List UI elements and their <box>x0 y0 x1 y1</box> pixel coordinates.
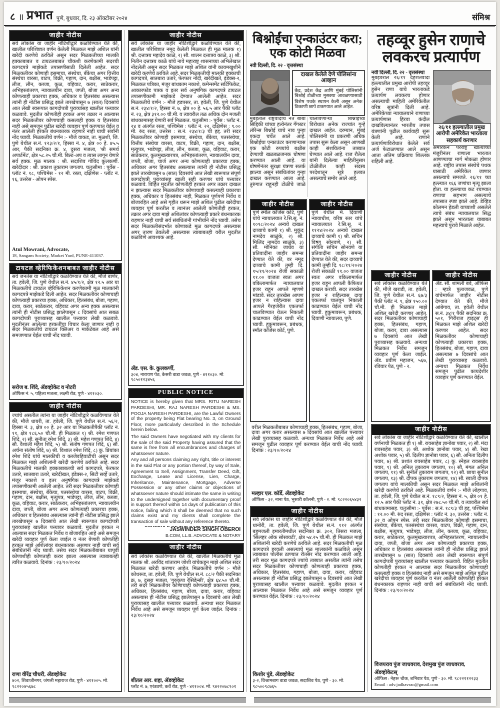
public-notice-paragraph: Any and all persons claiming any right, … <box>131 457 241 524</box>
notice-box-wide: जाहीर नोटीस सर्व लोकांस या जाहीर नोटिशीद… <box>371 424 491 690</box>
rana-photo-image <box>433 70 491 124</box>
notice-header: जाहीर नोटीस <box>129 544 243 554</box>
notice-body: सर्व लोकांस या जाहीर नोटिशीद्वारे कळविण्… <box>372 435 490 659</box>
notice-body: पुणे स्मॉल कॉजेस कोर्ट, पुणे यांचे न्याय… <box>251 210 306 421</box>
article-body-left: मुंबईवरील २६/११ दहशतवादी हल्ल्यातील प्रम… <box>371 76 429 166</box>
notice-box: जाहीर नोटीस पुणे स्मॉल कॉजेस कोर्ट, पुणे… <box>250 199 307 422</box>
column-d: तहव्वूर हुसेन राणाचे लवकरच प्रत्यार्पण न… <box>371 30 491 692</box>
masthead: ८ ॥ प्रभात पुणे, बुधवार, दि. २३ ऑक्टोबर … <box>4 2 496 26</box>
edition-date: पुणे, बुधवार, दि. २३ ऑक्टोबर २०२४ <box>56 14 127 23</box>
section-label: संमिश्र <box>472 12 490 23</box>
divider-bar <box>254 697 491 703</box>
notice-box: जाहीर नोटीस पुणे येथील मे. दिवाणी न्याया… <box>309 199 366 422</box>
notice-box: जाहीर नोटीस ज्यांचे असतील त्यांना या जाह… <box>9 402 122 692</box>
notice-box: जाहीर नोटीस सर्व लोकांस या जाहीर नोटिशीद… <box>250 506 366 692</box>
notice-header: जाहीर नोटीस <box>251 200 306 210</box>
footer-divider-bars <box>9 697 491 703</box>
inset-box: दाखल केलेले देणे पोलिसांना आव्हान केंद्र… <box>292 70 366 116</box>
inset-title: दाखल केलेले देणे पोलिसांना आव्हान <box>295 72 363 87</box>
notice-address: ३-२, विश्रामबाग वाडा जवळ, सदाशिव पेठ, पु… <box>251 678 365 691</box>
article-dateline: नवी दिल्ली, दि. २२ - वृत्तसंस्था <box>250 63 366 69</box>
masthead-separator: ॥ <box>18 10 23 23</box>
bishnoi-photo-image <box>250 70 290 116</box>
notice-header: टायटल व्हेरिफिकेशनबाबत जाहीर नोटीस <box>10 264 121 274</box>
column-b: जाहीर नोटीस सर्व लोकांस या जाहीर नोटिशीद… <box>128 30 247 692</box>
inset-body: केंद्र, प्रदेश केंद्र आणि मुंबई पोलिसांन… <box>295 88 363 110</box>
notice-address: 18, Sangam Society, Market Yard, PUNE-41… <box>10 253 121 261</box>
notice-header: जाहीर नोटीस <box>10 31 121 41</box>
article-headline: बिश्नोईंचा एन्काउंटर करा; एक कोटी मिळवा <box>250 30 366 63</box>
divider-bar <box>9 697 246 703</box>
notice-body: सर्व लोकांस कळविण्यात येते की, खालील मिळ… <box>129 554 243 675</box>
article-body: मुंबईतील राष्ट्रवादीचे नेते बाबा सिद्दिक… <box>250 117 366 197</box>
public-notice-body: NOTICE is hereby given that MRS. RITU NA… <box>129 398 243 526</box>
public-notice-header: PUBLIC NOTICE <box>129 389 243 399</box>
notice-header: जाहीर नोटीस <box>372 271 429 281</box>
article-body-right: अमेरिकन परराष्ट्र खात्याच्या मंजुरीनंतर … <box>433 146 491 230</box>
notice-box: जाहीर नोटीस ॲड. सौ. शामली बर्वे, ऑफिस : … <box>432 270 491 422</box>
public-notice-paragraph: NOTICE is hereby given that MRS. RITU NA… <box>131 399 241 433</box>
notice-body: पुणे येथील मे. दिवाणी न्यायाधीश, वरिष्ठ … <box>310 210 365 421</box>
notice-address: प्लॉट नं. ७, एरंडवणे, कर्वे रोड, पुणे - … <box>129 684 243 692</box>
notice-header: जाहीर नोटीस <box>129 31 243 41</box>
newspaper-page: ८ ॥ प्रभात पुणे, बुधवार, दि. २३ ऑक्टोबर … <box>4 2 496 706</box>
notice-address: ३०४, नारायण पेठ, केसरी वाडा जवळ, पुणे - … <box>129 372 243 385</box>
public-notice-paragraph: The said Owners have negotiated with my … <box>131 434 241 456</box>
notice-box: टायटल व्हेरिफिकेशनबाबत जाहीर नोटीस सर्व … <box>9 263 122 400</box>
notice-box: जाहीर नोटीस सर्व लोकांस कळविण्यात येते क… <box>128 543 244 692</box>
public-notice-designation: B.COM, LL.B. ADVOCATE & NOTARY <box>129 533 243 540</box>
notice-box: जाहीर नोटीस सर्व लोकांस या जाहीर नोटिशीद… <box>9 30 122 261</box>
article-headline: तहव्वूर हुसेन राणाचे लवकरच प्रत्यार्पण <box>371 30 491 70</box>
notice-signature: किशोर पुंडे, ॲडव्होकेट <box>251 669 365 678</box>
page-number: ८ <box>10 9 15 23</box>
notice-signature: विजयराव पुंज जाधवराव, देशमुख पुंज जाधवरा… <box>372 659 490 676</box>
notice-body: सर्व लोकांस कळविण्यात येते की, मौजे खराड… <box>372 281 429 421</box>
notice-address: ऑफिस - ३२, नाना पेठ, भुसारी कॉलनी, पुणे … <box>250 497 366 505</box>
notice-signature: मल्हार एल. कॉर्डे, ॲडव्होकेट <box>250 488 366 497</box>
newspaper-logo: प्रभात <box>27 6 54 23</box>
article-bishnoi: बिश्नोईंचा एन्काउंटर करा; एक कोटी मिळवा … <box>250 30 366 197</box>
column-c: बिश्नोईंचा एन्काउंटर करा; एक कोटी मिळवा … <box>250 30 369 692</box>
notice-signature: शीतल आर. शहा, ॲडव्होकेट <box>129 675 243 684</box>
notice-body: सर्व लोकांस या जाहीर नोटिशीद्वारे कळविण्… <box>251 517 365 669</box>
notice-continuation: वरील मिळकतीबाबत कोणाचाही हक्क, हितसंबंध,… <box>250 424 366 504</box>
notice-address: ४०२, शिवाजीनगर, जंगली महाराज रोड, पुणे -… <box>10 678 121 691</box>
notice-signature: राणा वीरेंद्र चौधरी, ॲडव्होकेट <box>10 669 121 678</box>
notice-header: जाहीर नोटीस <box>433 271 490 281</box>
notice-signature: Atul Mowrani, Advocate, <box>10 246 121 253</box>
article-rana: तहव्वूर हुसेन राणाचे लवकरच प्रत्यार्पण न… <box>371 30 491 268</box>
column-a: जाहीर नोटीस सर्व लोकांस या जाहीर नोटिशीद… <box>9 30 125 692</box>
notice-signature: ॲड. एस. के. कुलकर्णी, <box>129 363 243 372</box>
notice-body: ॲड. सौ. शामली बर्वे, ऑफिस : म्हात्रे पुल… <box>433 281 490 421</box>
notice-body: ज्यांचे असतील त्यांना या जाहीर नोटिशीद्व… <box>10 412 121 669</box>
notice-header: जाहीर नोटीस <box>251 507 365 517</box>
notice-header: जाहीर नोटीस <box>10 403 121 413</box>
notice-body: सर्व जनतेस या नोटिशीद्वारे कळविण्यात येत… <box>10 274 121 383</box>
public-notice-box: PUBLIC NOTICE NOTICE is hereby given tha… <box>128 388 244 541</box>
notice-body: सर्व लोकांस या जाहीर नोटिशीद्वारे कळविण्… <box>129 41 243 363</box>
notice-body: सर्व लोकांस या जाहीर नोटिशीद्वारे कळविण्… <box>10 41 121 246</box>
notice-box: जाहीर नोटीस सर्व लोकांस कळविण्यात येते क… <box>371 270 430 422</box>
notice-body: वरील मिळकतीबाबत कोणाचाही हक्क, हितसंबंध,… <box>250 424 366 488</box>
article-dateline: नवी दिल्ली, दि. २२ - वृत्तसंस्था <box>371 70 429 76</box>
notice-address: ऑफिस नं. ५, पहिला मजला, लक्ष्मी रोड, पुण… <box>10 391 121 399</box>
photo-caption: २६/११ हल्ल्यातील प्रमुख आरोपी अमेरिकेत भ… <box>433 124 491 146</box>
notice-header: जाहीर नोटीस <box>310 200 365 210</box>
notice-header: जाहीर नोटीस <box>372 425 490 435</box>
notice-address: ऑफिस : नेहरू चौक, शनिवार पेठ, पुणे - ३०.… <box>372 676 490 689</box>
notice-box: जाहीर नोटीस सर्व लोकांस या जाहीर नोटिशीद… <box>128 30 244 386</box>
page-content: जाहीर नोटीस सर्व लोकांस या जाहीर नोटिशीद… <box>4 26 496 692</box>
